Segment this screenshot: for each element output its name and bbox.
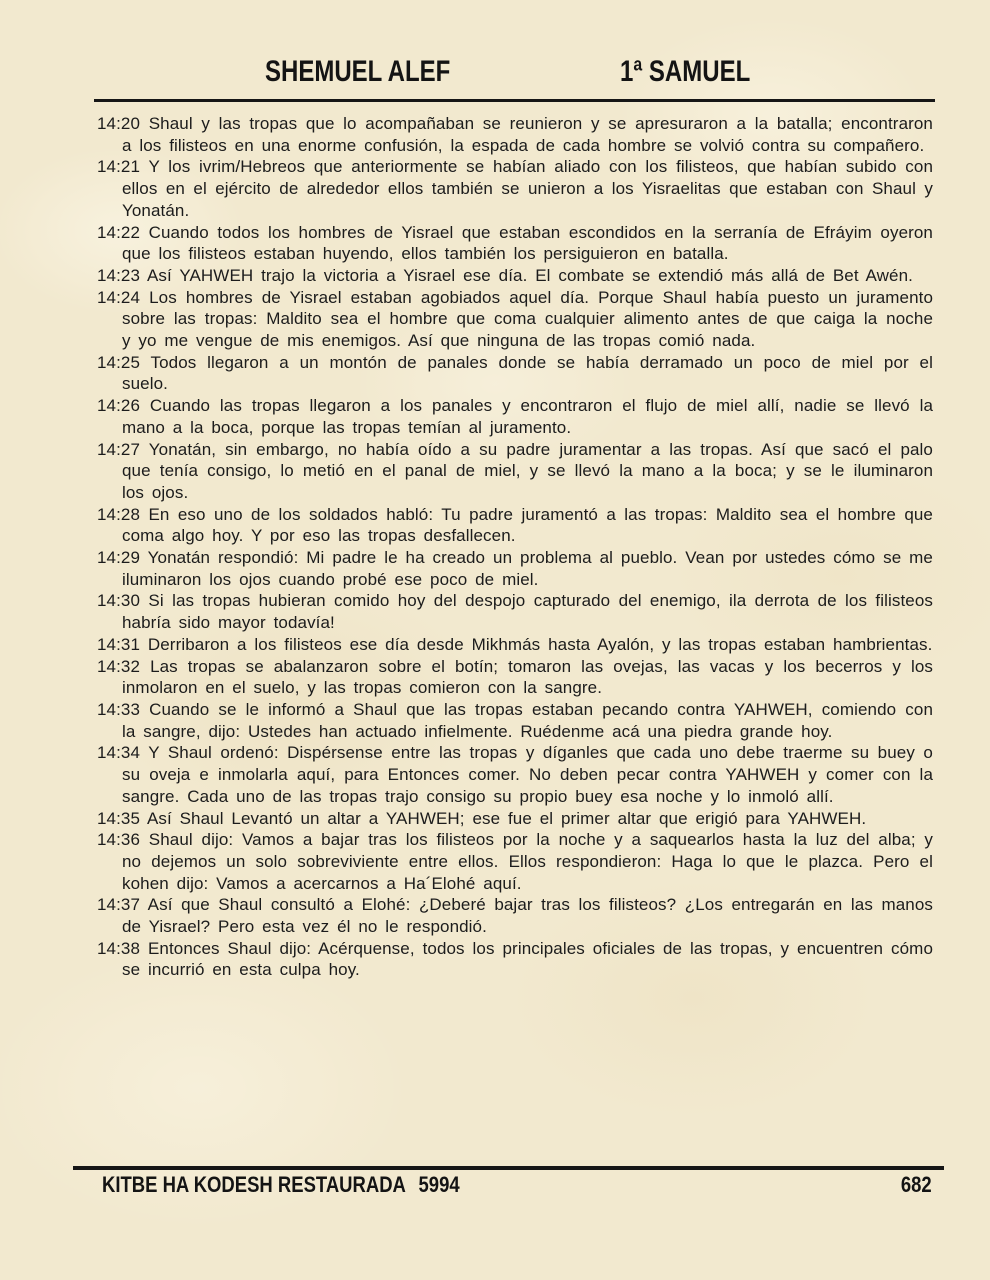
- verse-text: Derribaron a los filisteos ese día desde…: [148, 635, 933, 654]
- verse-number: 14:25: [97, 353, 140, 372]
- verse: 14:29 Yonatán respondió: Mi padre le ha …: [97, 547, 933, 590]
- header-title-transliterated: SHEMUEL ALEF: [265, 55, 450, 89]
- verse-text: Cuando las tropas llegaron a los panales…: [122, 396, 933, 437]
- page-number: 682: [901, 1172, 932, 1198]
- verse: 14:36 Shaul dijo: Vamos a bajar tras los…: [97, 829, 933, 894]
- verse-number: 14:20: [97, 114, 140, 133]
- verse-number: 14:32: [97, 657, 140, 676]
- verse: 14:25 Todos llegaron a un montón de pana…: [97, 352, 933, 395]
- verse-text: Cuando se le informó a Shaul que las tro…: [122, 700, 933, 741]
- header-divider: [94, 99, 935, 102]
- verse-number: 14:27: [97, 440, 140, 459]
- verse: 14:30 Si las tropas hubieran comido hoy …: [97, 590, 933, 633]
- footer-edition: KITBE HA KODESH RESTAURADA5994: [102, 1172, 460, 1198]
- verse: 14:24 Los hombres de Yisrael estaban ago…: [97, 287, 933, 352]
- verse-text: Shaul y las tropas que lo acompañaban se…: [122, 114, 933, 155]
- verse: 14:26 Cuando las tropas llegaron a los p…: [97, 395, 933, 438]
- footer-edition-year: 5994: [419, 1172, 460, 1197]
- header-title-spanish: 1ª SAMUEL: [620, 55, 750, 89]
- verse-text: Entonces Shaul dijo: Acérquense, todos l…: [122, 939, 933, 980]
- verse: 14:38 Entonces Shaul dijo: Acérquense, t…: [97, 938, 933, 981]
- verse-number: 14:35: [97, 809, 140, 828]
- verse-number: 14:21: [97, 157, 140, 176]
- verse-text: Todos llegaron a un montón de panales do…: [122, 353, 933, 394]
- verse: 14:20 Shaul y las tropas que lo acompaña…: [97, 113, 933, 156]
- verse: 14:27 Yonatán, sin embargo, no había oíd…: [97, 439, 933, 504]
- verse-number: 14:33: [97, 700, 140, 719]
- verse-number: 14:30: [97, 591, 140, 610]
- verse: 14:23 Así YAHWEH trajo la victoria a Yis…: [97, 265, 933, 287]
- scripture-text: 14:20 Shaul y las tropas que lo acompaña…: [97, 113, 933, 981]
- verse-number: 14:28: [97, 505, 140, 524]
- verse: 14:34 Y Shaul ordenó: Dispérsense entre …: [97, 742, 933, 807]
- verse-text: Y los ivrim/Hebreos que anteriormente se…: [122, 157, 933, 219]
- verse: 14:33 Cuando se le informó a Shaul que l…: [97, 699, 933, 742]
- footer-edition-title: KITBE HA KODESH RESTAURADA: [102, 1172, 406, 1197]
- verse-number: 14:23: [97, 266, 140, 285]
- verse: 14:31 Derribaron a los filisteos ese día…: [97, 634, 933, 656]
- verse-text: Así Shaul Levantó un altar a YAHWEH; ese…: [147, 809, 866, 828]
- verse-text: En eso uno de los soldados habló: Tu pad…: [122, 505, 933, 546]
- verse-text: Los hombres de Yisrael estaban agobiados…: [122, 288, 933, 350]
- verse-text: Shaul dijo: Vamos a bajar tras los filis…: [122, 830, 933, 892]
- verse: 14:35 Así Shaul Levantó un altar a YAHWE…: [97, 808, 933, 830]
- verse-number: 14:24: [97, 288, 140, 307]
- verse-text: Las tropas se abalanzaron sobre el botín…: [122, 657, 933, 698]
- verse-number: 14:37: [97, 895, 140, 914]
- verse: 14:37 Así que Shaul consultó a Elohé: ¿D…: [97, 894, 933, 937]
- verse-number: 14:22: [97, 223, 140, 242]
- verse-text: Cuando todos los hombres de Yisrael que …: [122, 223, 933, 264]
- verse-number: 14:36: [97, 830, 140, 849]
- verse-text: Así YAHWEH trajo la victoria a Yisrael e…: [147, 266, 913, 285]
- verse-number: 14:29: [97, 548, 140, 567]
- footer-divider: [73, 1166, 944, 1170]
- verse-text: Así que Shaul consultó a Elohé: ¿Deberé …: [122, 895, 933, 936]
- verse-text: Yonatán respondió: Mi padre le ha creado…: [122, 548, 933, 589]
- verse-text: Yonatán, sin embargo, no había oído a su…: [122, 440, 933, 502]
- verse: 14:21 Y los ivrim/Hebreos que anteriorme…: [97, 156, 933, 221]
- verse: 14:22 Cuando todos los hombres de Yisrae…: [97, 222, 933, 265]
- verse-number: 14:31: [97, 635, 140, 654]
- verse-number: 14:26: [97, 396, 140, 415]
- verse: 14:28 En eso uno de los soldados habló: …: [97, 504, 933, 547]
- verse-text: Si las tropas hubieran comido hoy del de…: [122, 591, 933, 632]
- verse: 14:32 Las tropas se abalanzaron sobre el…: [97, 656, 933, 699]
- verse-number: 14:34: [97, 743, 140, 762]
- verse-text: Y Shaul ordenó: Dispérsense entre las tr…: [122, 743, 933, 805]
- verse-number: 14:38: [97, 939, 140, 958]
- document-page: SHEMUEL ALEF 1ª SAMUEL 14:20 Shaul y las…: [0, 0, 990, 1280]
